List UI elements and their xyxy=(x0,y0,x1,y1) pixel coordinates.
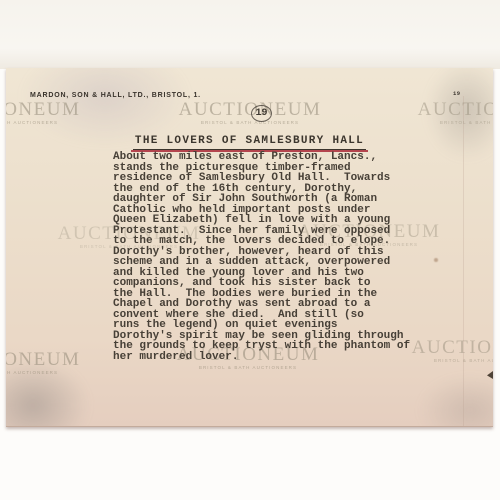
watermark-subtitle: BRISTOL & BATH AUCTIONEERS xyxy=(412,358,493,363)
typed-line: Chapel and Dorothy was sent abroad to a xyxy=(113,299,410,310)
watermark-subtitle: BRISTOL & BATH AUCTIONEERS xyxy=(177,365,320,370)
typed-line: her murdered lover. xyxy=(113,352,410,363)
typed-line: About two miles east of Preston, Lancs., xyxy=(113,152,410,163)
typed-line: to the match, the lovers decided to elop… xyxy=(113,236,410,247)
typed-line: the grounds to keep tryst with the phant… xyxy=(113,341,410,352)
document-page: AUCTIONEUM BRISTOL & BATH AUCTIONEERS AU… xyxy=(6,68,493,427)
typed-line: scheme and in a sudden attack, overpower… xyxy=(113,257,410,268)
typed-line: residence of Samlesbury Old Hall. Toward… xyxy=(113,173,410,184)
typed-line: daughter of Sir John Southworth (a Roman xyxy=(113,194,410,205)
corner-page-number: 19 xyxy=(453,90,461,97)
watermark-word: AUCTIONEUM xyxy=(412,340,493,356)
watermark: AUCTIONEUM BRISTOL & BATH AUCTIONEERS xyxy=(179,102,322,125)
document-title: THE LOVERS OF SAMLESBURY HALL xyxy=(133,135,366,150)
typed-body: About two miles east of Preston, Lancs.,… xyxy=(113,152,410,362)
photo-backdrop xyxy=(0,0,500,69)
printer-imprint: MARDON, SON & HALL, LTD., BRISTOL, 1. xyxy=(30,92,201,99)
circled-page-number: 19 xyxy=(251,105,272,122)
watermark-word: AUCTIONEUM xyxy=(179,102,322,118)
paper-stain-bottom-right xyxy=(420,376,493,427)
watermark-subtitle: BRISTOL & BATH AUCTIONEERS xyxy=(179,120,322,125)
paper-speck xyxy=(434,258,438,262)
watermark: AUCTIONEUM BRISTOL & BATH AUCTIONEERS xyxy=(412,340,493,363)
typed-line: companions, and took his sister back to xyxy=(113,278,410,289)
title-row: THE LOVERS OF SAMLESBURY HALL xyxy=(6,130,493,150)
typed-line: runs the legend) on quiet evenings xyxy=(113,320,410,331)
typed-line: Queen Elizabeth) fell in love with a you… xyxy=(113,215,410,226)
paper-stain-bottom-left xyxy=(6,360,88,427)
